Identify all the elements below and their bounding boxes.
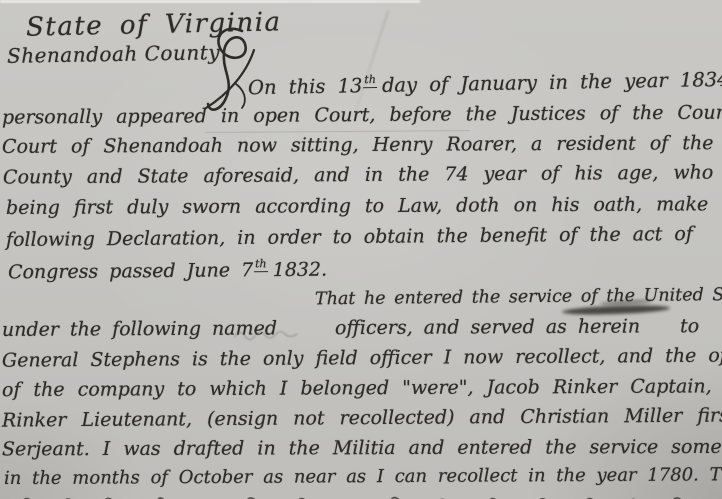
document-line-5: Court of Shenandoah now sitting, Henry R…	[2, 134, 714, 157]
pencil-guideline	[205, 130, 470, 133]
document-line-7: being first duly sworn according to Law,…	[6, 195, 722, 218]
line3-post: day of January in the year 1834	[382, 68, 722, 97]
ordinal-suffix: th	[363, 73, 377, 88]
document-line-15: Serjeant. I was drafted in the Militia a…	[2, 438, 722, 460]
document-line-10: That he entered the service of the Unite…	[315, 287, 722, 309]
document-line-14: Rinker Lieutenant, (ensign not recollect…	[2, 406, 722, 430]
document-line-12: General Stephens is the only field offic…	[2, 346, 722, 370]
heading-county: Shenandoah County	[7, 42, 220, 66]
document-line-16: in the months of October as near as I ca…	[4, 466, 722, 488]
line9-post: 1832.	[273, 259, 328, 281]
faded-illegible-word	[232, 326, 302, 342]
line9-pre: Congress passed June 7	[8, 259, 253, 283]
scan-edge-highlight	[0, 0, 420, 3]
paper-crease	[353, 10, 390, 117]
document-line-11: under the following namedofficers, and s…	[2, 317, 699, 340]
clipped-next-line-fragment	[8, 491, 714, 499]
document-line-3: On this 13thday of January in the year 1…	[248, 68, 722, 98]
document-page: State of Virginia Shenandoah County On t…	[0, 0, 722, 499]
line11-seg-b: officers, and served as herein	[335, 315, 640, 339]
ordinal-suffix: th	[254, 257, 268, 272]
document-line-13: of the company to which I belonged "were…	[2, 377, 722, 400]
document-line-6: County and State aforesaid, and in the 7…	[3, 164, 713, 188]
document-line-9: Congress passed June 7th1832.	[8, 258, 327, 283]
line11-seg-c: to	[680, 315, 699, 337]
document-line-8: following Declaration, in order to obtai…	[6, 225, 693, 250]
document-line-4: personally appeared in open Court, befor…	[2, 103, 722, 127]
line3-pre: On this 13	[248, 74, 363, 99]
